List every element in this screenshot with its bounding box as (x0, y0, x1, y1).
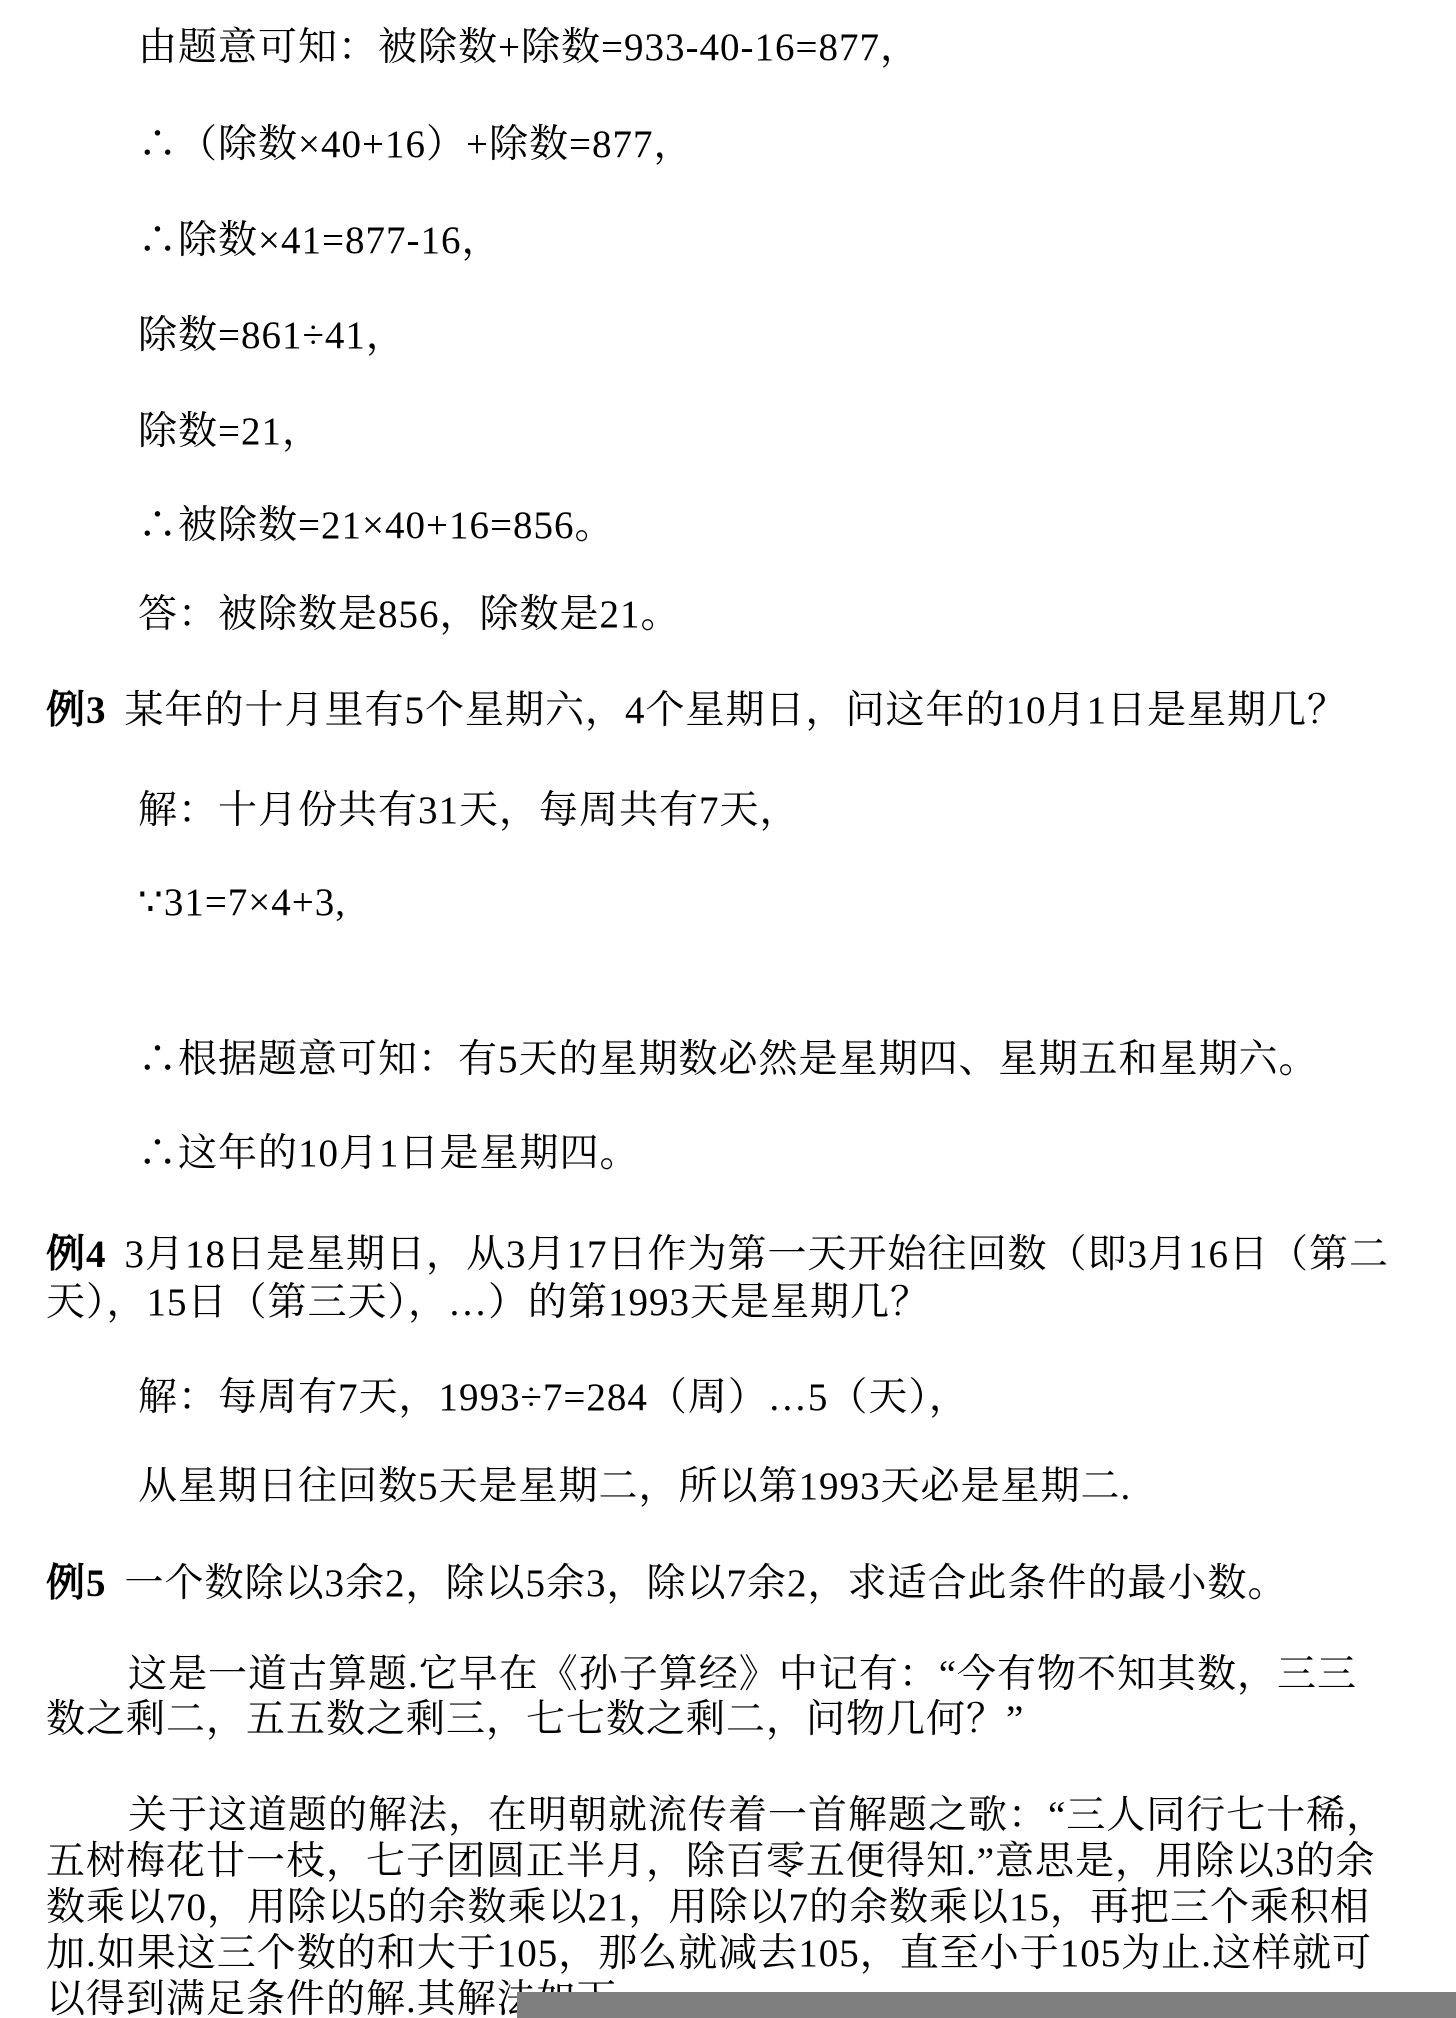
example5-label: 例5 (46, 1562, 107, 1605)
example5-para2-line-3: 数乘以70，用除以5的余数乘以21，用除以7的余数乘以15，再把三个乘积相 (46, 1885, 1370, 1931)
example4-problem-line-1: 3月18日是星期日，从3月17日作为第一天开始往回数（即3月16日（第二 (125, 1233, 1390, 1276)
line-given-equation: 由题意可知：被除数+除数=933-40-16=877， (138, 25, 920, 71)
line-step-dividend-value: ∴被除数=21×40+16=856。 (138, 503, 614, 549)
example5-para1-line-2: 数之剩二，五五数之剩三，七七数之剩二，问物几何？” (46, 1697, 1024, 1743)
example3-solution-line-1: 解：十月份共有31天，每周共有7天， (138, 788, 800, 834)
line-answer: 答：被除数是856，除数是21。 (138, 592, 681, 638)
example5-para1-line-1: 这是一道古算题.它早在《孙子算经》中记有：“今有物不知其数，三三 (128, 1652, 1357, 1698)
example4-problem-line-2: 天），15日（第三天），…）的第1993天是星期几？ (46, 1280, 930, 1326)
line-step-therefore-1: ∴（除数×40+16）+除数=877， (138, 122, 693, 168)
line-step-divisor-value: 除数=21， (138, 409, 322, 455)
example3-solution-line-4: ∴这年的10月1日是星期四。 (138, 1131, 640, 1177)
document-page: 由题意可知：被除数+除数=933-40-16=877， ∴（除数×40+16）+… (0, 0, 1456, 2018)
example5-para2-line-1: 关于这道题的解法，在明朝就流传着一首解题之歌：“三人同行七十稀， (128, 1793, 1386, 1839)
example5-para2-line-2: 五树梅花廿一枝，七子团圆正半月，除百零五便得知.”意思是，用除以3的余 (46, 1839, 1376, 1885)
example4-label: 例4 (46, 1233, 107, 1276)
example3-problem: 某年的十月里有5个星期六，4个星期日，问这年的10月1日是星期几？ (125, 689, 1348, 732)
example4-solution-line-2: 从星期日往回数5天是星期二，所以第1993天必是星期二. (138, 1464, 1131, 1510)
example5-heading: 例5一个数除以3余2，除以5余3，除以7余2，求适合此条件的最小数。 (46, 1561, 1288, 1607)
line-step-divisor-calc: 除数=861÷41， (138, 313, 406, 359)
line-step-therefore-2: ∴除数×41=877-16， (138, 218, 501, 264)
example3-label: 例3 (46, 689, 107, 732)
example3-solution-line-3: ∴根据题意可知：有5天的星期数必然是星期四、星期五和星期六。 (138, 1037, 1319, 1083)
example4-solution-line-1: 解：每周有7天，1993÷7=284（周）…5（天）， (138, 1375, 969, 1421)
redaction-bar (517, 1992, 1456, 2018)
example5-problem: 一个数除以3余2，除以5余3，除以7余2，求适合此条件的最小数。 (125, 1562, 1288, 1605)
example3-solution-line-2: ∵31=7×4+3, (138, 880, 346, 926)
example4-heading: 例43月18日是星期日，从3月17日作为第一天开始往回数（即3月16日（第二 (46, 1232, 1389, 1278)
example3-heading: 例3某年的十月里有5个星期六，4个星期日，问这年的10月1日是星期几？ (46, 688, 1347, 734)
example5-para2-line-4: 加.如果这三个数的和大于105，那么就减去105，直至小于105为止.这样就可 (46, 1931, 1372, 1977)
